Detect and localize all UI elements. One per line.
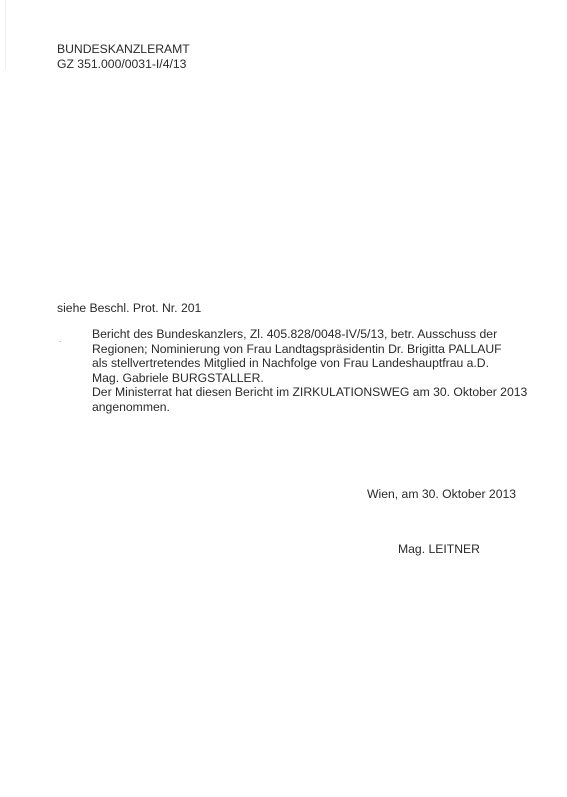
body-line: Der Ministerrat hat diesen Bericht im ZI… (92, 385, 527, 400)
file-number: GZ 351.000/0031-I/4/13 (57, 57, 190, 72)
body-line: Bericht des Bundeskanzlers, Zl. 405.828/… (92, 327, 527, 342)
body-line: als stellvertretendes Mitglied in Nachfo… (92, 356, 527, 371)
place-and-date: Wien, am 30. Oktober 2013 (367, 487, 516, 502)
signature: Mag. LEITNER (398, 542, 480, 557)
document-header: BUNDESKANZLERAMT GZ 351.000/0031-I/4/13 (57, 42, 190, 71)
report-body: Bericht des Bundeskanzlers, Zl. 405.828/… (92, 327, 527, 415)
authority-name: BUNDESKANZLERAMT (57, 42, 190, 57)
body-line: angenommen. (92, 400, 527, 415)
body-line: Mag. Gabriele BURGSTALLER. (92, 371, 527, 386)
body-line: Regionen; Nominierung von Frau Landtagsp… (92, 342, 527, 357)
protocol-reference: siehe Beschl. Prot. Nr. 201 (57, 301, 201, 316)
scan-edge-line (5, 0, 6, 70)
bullet-mark: . (59, 332, 62, 347)
